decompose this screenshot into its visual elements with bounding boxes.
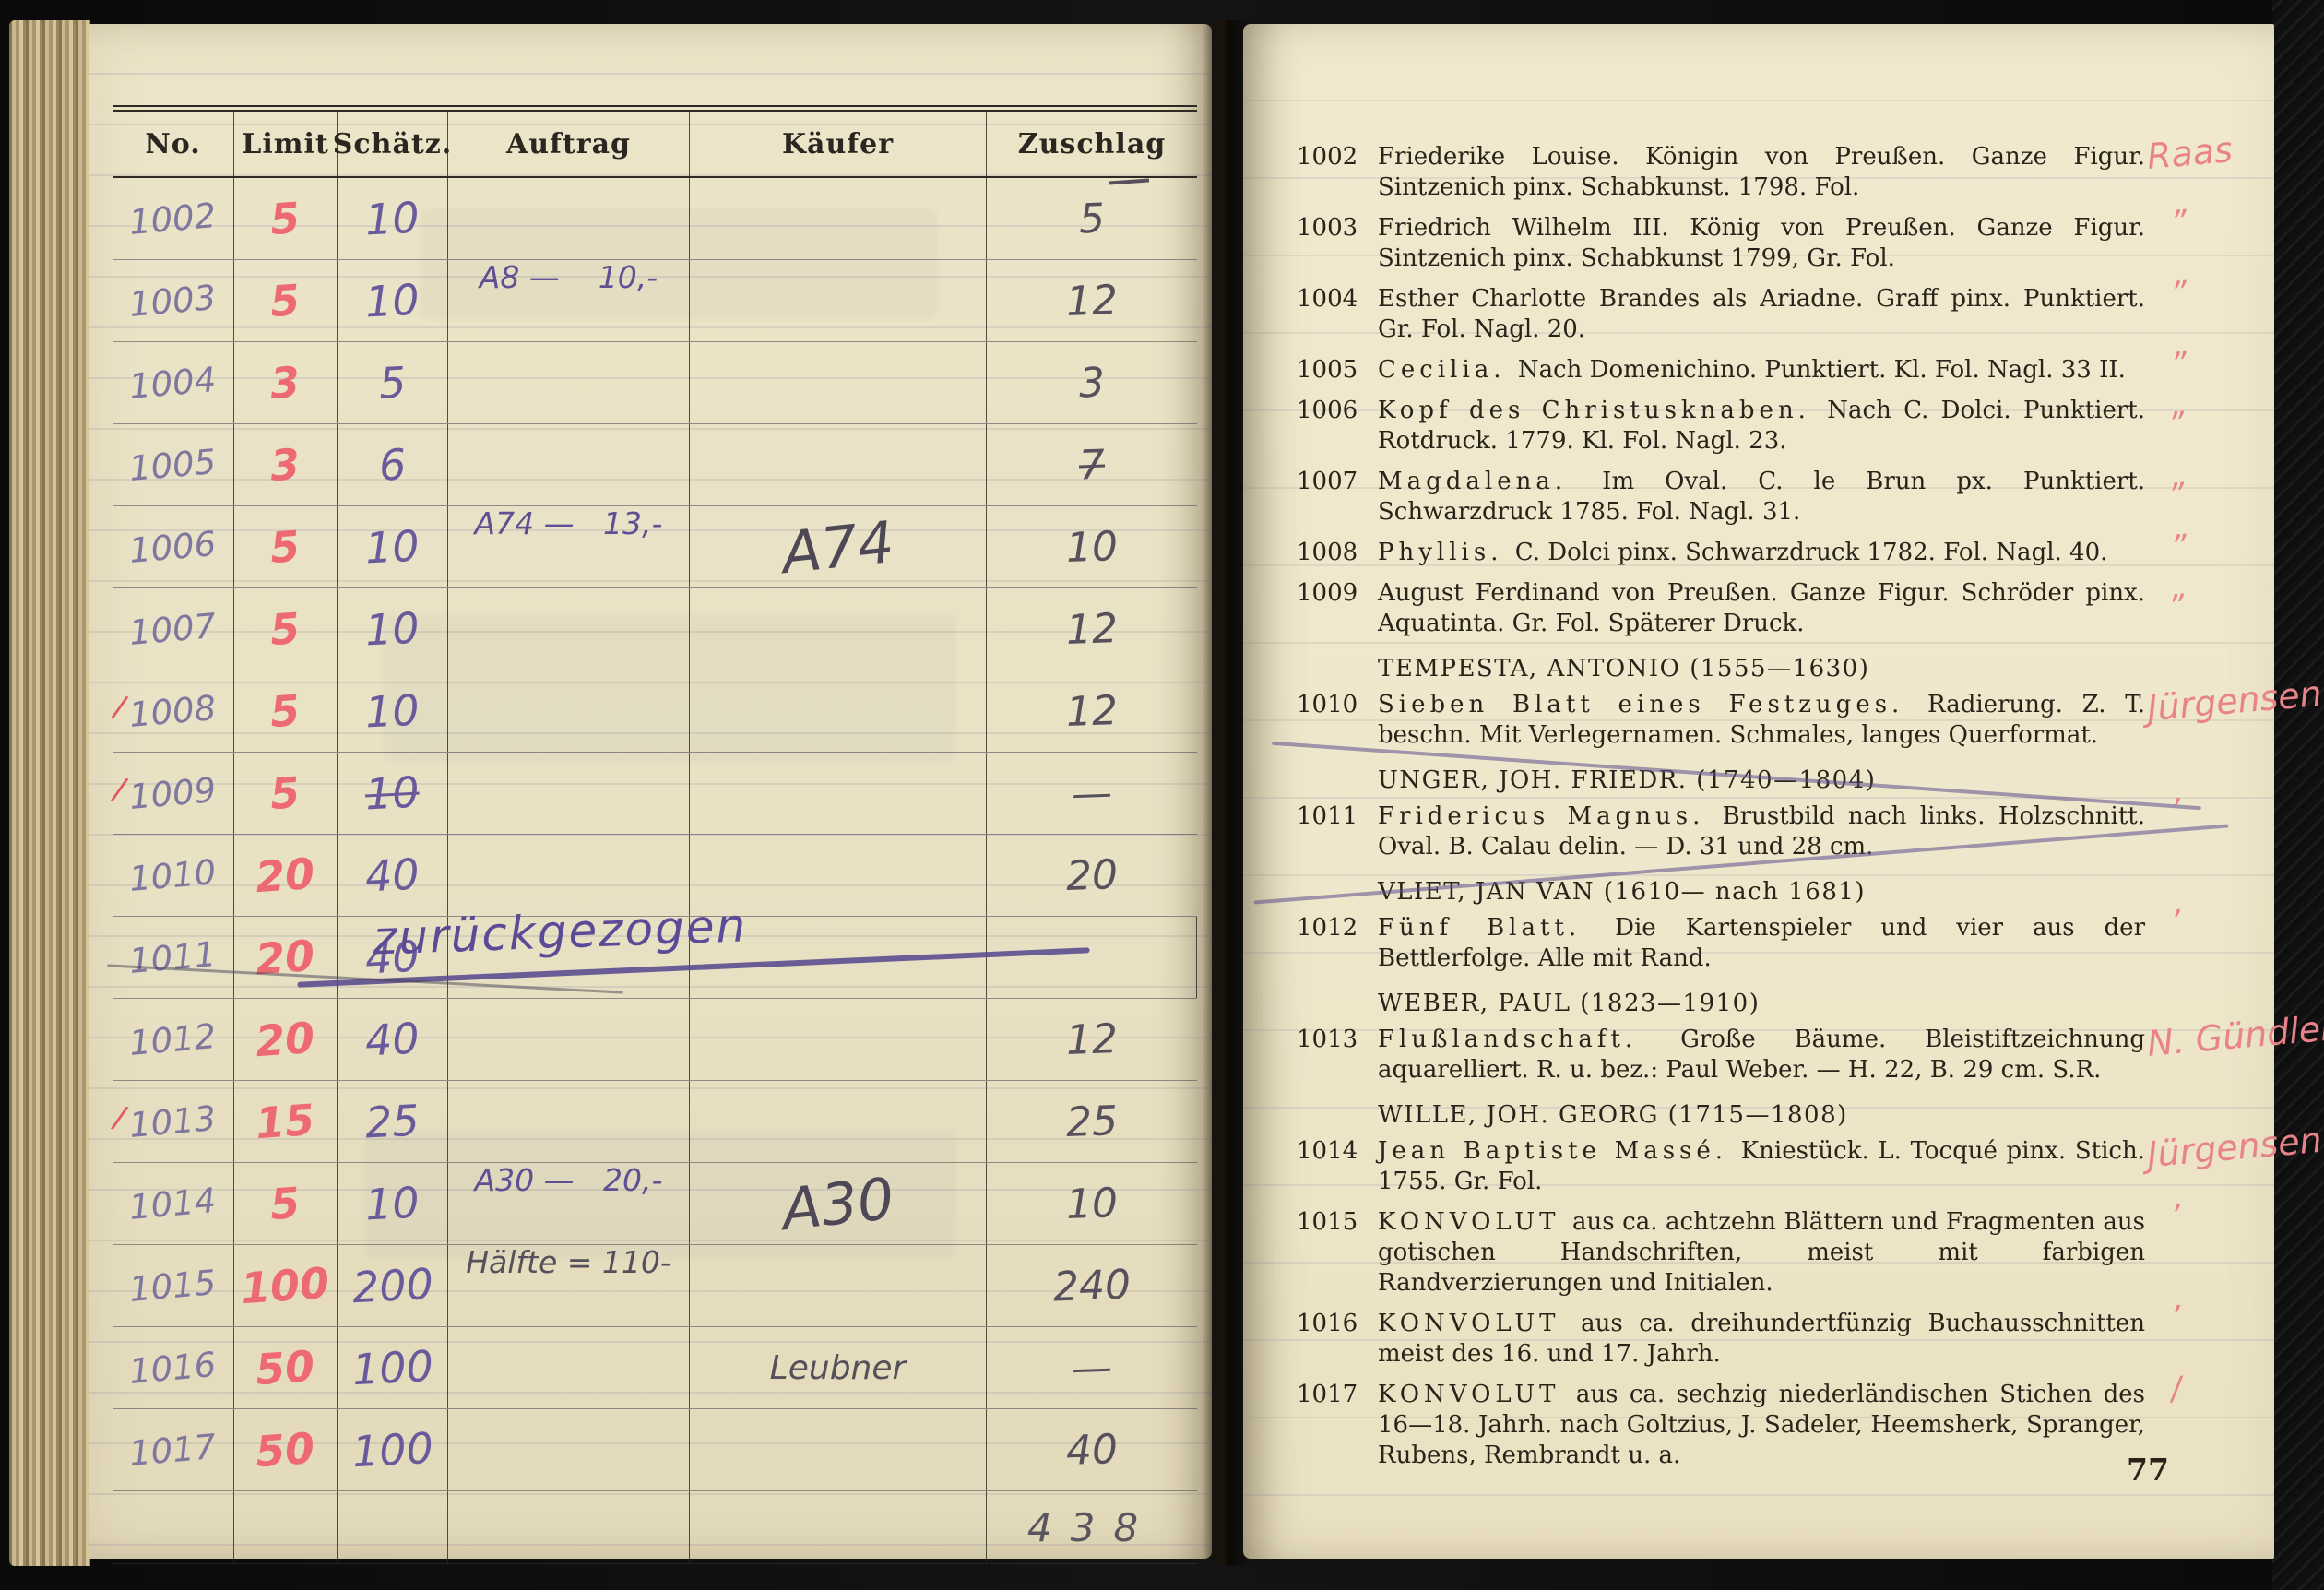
lot-number: 1013 — [128, 1098, 219, 1145]
cell-auftrag — [448, 670, 690, 752]
estimate-value: 6 — [377, 439, 407, 490]
entry-number: 1010 — [1297, 690, 1358, 720]
cell-no: 1017 — [113, 1409, 234, 1490]
entry-title: Flußlandschaft. — [1378, 1026, 1680, 1053]
ledger-row: 1006510A74 — 13,-A7410 — [113, 506, 1197, 588]
margin-annotation: ’ — [2169, 904, 2182, 942]
margin-annotation: ” — [2169, 203, 2188, 241]
cell-no: 1006 — [113, 506, 234, 587]
entry-number: 1009 — [1297, 578, 1358, 609]
cell-zuschlag: 240 — [987, 1245, 1197, 1326]
overbar-stroke — [1109, 178, 1149, 184]
entry-number: 1011 — [1297, 801, 1358, 832]
entry-title: Magdalena. — [1378, 468, 1602, 495]
cell-no: /1013 — [113, 1081, 234, 1162]
entry-number: 1015 — [1297, 1207, 1358, 1238]
cell-auftrag — [448, 424, 690, 505]
catalog-entry: 1005Cecilia. Nach Domenichino. Punktiert… — [1297, 355, 2145, 386]
limit-value: 5 — [269, 767, 302, 819]
ledger-row: 1004353 — [113, 342, 1197, 424]
lot-number: 1012 — [128, 1015, 219, 1062]
hammer-price: 12 — [1065, 277, 1119, 326]
cell-no: 1005 — [113, 424, 234, 505]
artist-header: TEMPESTA, ANTONIO (1555—1630) — [1297, 654, 2145, 684]
cell-limit: 3 — [234, 342, 338, 423]
margin-annotation: ’ — [2169, 792, 2182, 830]
catalog-entry: 1009August Ferdinand von Preußen. Ganze … — [1297, 578, 2145, 639]
cell-limit: 15 — [234, 1081, 338, 1162]
catalog-entry: 1014Jean Baptiste Massé. Kniestück. L. T… — [1297, 1136, 2145, 1197]
cell-limit: 5 — [234, 670, 338, 752]
cell-schaetz: 6 — [338, 424, 448, 505]
cell-kaeufer — [690, 1491, 987, 1563]
entry-number: 1012 — [1297, 913, 1358, 943]
ledger-row: 1005367 — [113, 424, 1197, 506]
lot-number: 1005 — [128, 441, 219, 488]
estimate-value: 25 — [364, 1096, 421, 1148]
margin-annotation: „ — [2169, 386, 2188, 423]
cell-kaeufer — [690, 753, 987, 834]
catalog-entry: 1017KONVOLUT aus ca. sechzig niederländi… — [1297, 1380, 2145, 1471]
cell-no: 1003 — [113, 260, 234, 341]
catalog-entry: 1013Flußlandschaft. Große Bäume. Bleisti… — [1297, 1025, 2145, 1086]
cell-limit: 3 — [234, 424, 338, 505]
cell-auftrag — [448, 1409, 690, 1490]
entry-title: KONVOLUT — [1378, 1381, 1576, 1408]
cell-auftrag: A74 — 13,- — [448, 506, 690, 587]
cell-schaetz: 40 — [338, 999, 448, 1080]
margin-annotation: „ — [2169, 457, 2188, 494]
cell-auftrag — [448, 588, 690, 670]
margin-annotation: ’ — [2169, 1299, 2182, 1337]
limit-value: 15 — [255, 1095, 317, 1148]
cell-limit — [234, 1491, 338, 1563]
bid-order: A74 — 13,- — [475, 505, 663, 541]
cell-limit: 5 — [234, 588, 338, 670]
buyer: Leubner — [770, 1349, 907, 1387]
margin-annotation: ” — [2169, 345, 2188, 383]
column-header-2: Schätz. — [338, 112, 448, 176]
hammer-price: 10 — [1065, 523, 1119, 572]
cell-schaetz: 10 — [338, 588, 448, 670]
cell-kaeufer — [690, 588, 987, 670]
cell-no — [113, 1491, 234, 1563]
cell-kaeufer — [690, 999, 987, 1080]
limit-value: 5 — [269, 603, 302, 655]
estimate-value: 5 — [377, 357, 407, 408]
estimate-value: 10 — [364, 603, 421, 656]
entry-title: KONVOLUT — [1378, 1310, 1581, 1337]
cell-no: 1012 — [113, 999, 234, 1080]
lot-number: 1014 — [128, 1180, 219, 1227]
red-tick-mark: / — [109, 770, 130, 809]
limit-value: 100 — [240, 1258, 332, 1314]
cell-no: 1014 — [113, 1163, 234, 1244]
entry-number: 1008 — [1297, 538, 1358, 568]
ledger-row: /100851012 — [113, 670, 1197, 753]
entry-title: Phyllis. — [1378, 539, 1515, 566]
cell-kaeufer — [690, 670, 987, 752]
cell-kaeufer — [690, 260, 987, 341]
margin-annotation: Raas — [2145, 129, 2234, 177]
bid-order: Hälfte = 110- — [466, 1244, 671, 1280]
cell-zuschlag-total: 438 — [987, 1491, 1197, 1563]
limit-value: 5 — [269, 193, 302, 244]
lot-number: 1003 — [128, 277, 219, 324]
limit-value: 5 — [269, 685, 302, 737]
red-tick-mark: / — [109, 688, 130, 727]
ledger-header-row: No.LimitSchätz.AuftragKäuferZuschlag — [113, 112, 1197, 178]
cell-limit: 50 — [234, 1327, 338, 1408]
limit-value: 5 — [269, 1178, 302, 1229]
entry-body: Nach Domenichino. Punktiert. Kl. Fol. Na… — [1518, 356, 2126, 384]
bid-order: A30 — 20,- — [475, 1162, 663, 1198]
cell-schaetz: 10 — [338, 753, 448, 834]
cell-no: /1009 — [113, 753, 234, 834]
page-stack-edge — [9, 20, 90, 1566]
ledger-row: 10025105 — [113, 178, 1197, 260]
cell-zuschlag: 5 — [987, 178, 1197, 259]
cell-limit: 5 — [234, 753, 338, 834]
cell-no: 1002 — [113, 178, 234, 259]
cell-auftrag — [448, 999, 690, 1080]
column-header-0: No. — [113, 112, 234, 176]
limit-value: 20 — [255, 1013, 317, 1066]
cell-limit: 5 — [234, 178, 338, 259]
catalog-entry: 1016KONVOLUT aus ca. dreihundertfünzig B… — [1297, 1309, 2145, 1370]
catalog-entries: 1002Friederike Louise. Königin von Preuß… — [1297, 142, 2145, 1481]
cell-kaeufer: A74 — [690, 506, 987, 587]
cell-schaetz: 25 — [338, 1081, 448, 1162]
ledger-row: 1014510A30 — 20,-A3010 — [113, 1163, 1197, 1245]
cell-zuschlag: — — [987, 753, 1197, 834]
cell-kaeufer — [690, 1081, 987, 1162]
entry-number: 1017 — [1297, 1380, 1358, 1410]
cell-auftrag — [448, 178, 690, 259]
cell-kaeufer — [690, 424, 987, 505]
entry-number: 1004 — [1297, 284, 1358, 314]
entry-number: 1016 — [1297, 1309, 1358, 1339]
hammer-price: 40 — [1065, 1426, 1119, 1475]
hammer-price: 5 — [1078, 195, 1106, 243]
entry-number: 1002 — [1297, 142, 1358, 172]
cell-kaeufer: A30 — [690, 1163, 987, 1244]
ledger-page: No.LimitSchätz.AuftragKäuferZuschlag 100… — [89, 24, 1212, 1559]
entry-title: Fünf Blatt. — [1378, 914, 1615, 942]
cell-zuschlag: 12 — [987, 588, 1197, 670]
limit-value: 5 — [269, 275, 302, 326]
cell-zuschlag: 12 — [987, 670, 1197, 752]
lot-number: 1007 — [128, 605, 219, 652]
cell-no: 1011 — [113, 917, 234, 998]
cell-schaetz: 40 — [338, 835, 448, 916]
margin-annotation: ” — [2169, 274, 2188, 312]
catalog-entry: 1015KONVOLUT aus ca. achtzehn Blättern u… — [1297, 1207, 2145, 1299]
lot-number: 1002 — [128, 195, 219, 242]
entry-title: Fridericus Magnus. — [1378, 802, 1723, 830]
cell-zuschlag: 12 — [987, 260, 1197, 341]
estimate-value: 40 — [364, 849, 421, 902]
ledger-row: 100751012 — [113, 588, 1197, 670]
hammer-total: 438 — [1027, 1505, 1156, 1550]
cell-zuschlag: 25 — [987, 1081, 1197, 1162]
ledger-row: /1013152525 — [113, 1081, 1197, 1163]
cell-no: /1008 — [113, 670, 234, 752]
entry-title: Friederike Louise. — [1378, 143, 1645, 171]
estimate-value: 10 — [364, 767, 421, 820]
bid-order: A8 — 10,- — [480, 259, 658, 295]
cell-zuschlag: 7 — [987, 424, 1197, 505]
margin-annotation: ” — [2169, 528, 2188, 565]
cell-schaetz: 10 — [338, 1163, 448, 1244]
cell-auftrag: Hälfte = 110- — [448, 1245, 690, 1326]
lot-number: 1016 — [128, 1344, 219, 1391]
entry-title: Friedrich Wilhelm III. — [1378, 214, 1690, 242]
hammer-price: — — [1071, 769, 1113, 818]
estimate-value: 10 — [364, 1178, 421, 1230]
hammer-price: 10 — [1065, 1180, 1119, 1228]
cell-no: 1010 — [113, 835, 234, 916]
artist-header: VLIET, JAN VAN (1610— nach 1681) — [1297, 877, 2145, 908]
column-header-1: Limit — [234, 112, 338, 176]
cell-zuschlag: 10 — [987, 1163, 1197, 1244]
entry-title: KONVOLUT — [1378, 1208, 1572, 1236]
estimate-value: 10 — [364, 275, 421, 327]
entry-number: 1003 — [1297, 213, 1358, 243]
estimate-value: 200 — [350, 1259, 434, 1313]
estimate-value: 100 — [350, 1423, 434, 1477]
entry-title: Jean Baptiste Massé. — [1378, 1137, 1741, 1165]
cell-limit: 20 — [234, 835, 338, 916]
hammer-price: 3 — [1078, 359, 1106, 407]
artist-header: WILLE, JOH. GEORG (1715—1808) — [1297, 1100, 2145, 1131]
cell-schaetz: 5 — [338, 342, 448, 423]
limit-value: 50 — [255, 1423, 317, 1477]
red-tick-mark: / — [109, 1098, 130, 1137]
limit-value: 3 — [269, 357, 302, 409]
catalog-entry: 1002Friederike Louise. Königin von Preuß… — [1297, 142, 2145, 203]
cell-zuschlag: 10 — [987, 506, 1197, 587]
ledger-row: 1003510A8 — 10,-12 — [113, 260, 1197, 342]
cell-auftrag — [448, 1491, 690, 1563]
catalog-entry: 1011Fridericus Magnus. Brustbild nach li… — [1297, 801, 2145, 862]
entry-number: 1013 — [1297, 1025, 1358, 1055]
entry-title: Esther Charlotte Brandes als Ariadne. — [1378, 285, 1876, 313]
cell-limit: 50 — [234, 1409, 338, 1490]
margin-annotation: / — [2169, 1370, 2183, 1408]
lot-number: 1009 — [128, 769, 219, 816]
limit-value: 50 — [255, 1341, 317, 1394]
hammer-price: 12 — [1065, 687, 1119, 736]
catalog-entry: 1008Phyllis. C. Dolci pinx. Schwarzdruck… — [1297, 538, 2145, 568]
cell-limit: 5 — [234, 1163, 338, 1244]
ledger-row: 10112040zurückgezogen — [113, 917, 1197, 999]
lot-number: 1015 — [128, 1262, 219, 1309]
cell-kaeufer: Leubner — [690, 1327, 987, 1408]
cell-kaeufer — [690, 1409, 987, 1490]
lot-number: 1010 — [128, 851, 219, 898]
hammer-price: 7 — [1078, 441, 1106, 489]
entry-number: 1005 — [1297, 355, 1358, 386]
hammer-price: 12 — [1065, 605, 1119, 654]
entry-title: Cecilia. — [1378, 356, 1518, 384]
ledger-row: 10175010040 — [113, 1409, 1197, 1491]
hammer-price: 12 — [1065, 1015, 1119, 1064]
ledger-total-row: 438 — [113, 1491, 1197, 1564]
hammer-price: 20 — [1065, 851, 1119, 900]
cell-limit: 100 — [234, 1245, 338, 1326]
book-cover-edge — [2272, 0, 2324, 1590]
catalog-entry: 1004Esther Charlotte Brandes als Ariadne… — [1297, 284, 2145, 345]
artist-header: UNGER, JOH. FRIEDR. (1740—1804) — [1297, 765, 2145, 796]
lot-number: 1004 — [128, 359, 219, 406]
entry-title: August Ferdinand von Preußen. — [1378, 579, 1790, 607]
cell-kaeufer — [690, 1245, 987, 1326]
cell-no: 1004 — [113, 342, 234, 423]
hammer-price: — — [1071, 1344, 1113, 1393]
limit-value: 5 — [269, 521, 302, 573]
catalog-entry: 1006Kopf des Christusknaben. Nach C. Dol… — [1297, 396, 2145, 457]
cell-kaeufer — [690, 178, 987, 259]
hammer-price: 25 — [1065, 1098, 1119, 1146]
cell-schaetz: 10 — [338, 670, 448, 752]
ledger-row: 101650100Leubner— — [113, 1327, 1197, 1409]
estimate-value: 10 — [364, 521, 421, 574]
cell-limit: 5 — [234, 260, 338, 341]
cell-zuschlag: — — [987, 1327, 1197, 1408]
entry-title: Kopf des Christusknaben. — [1378, 397, 1827, 424]
limit-value: 20 — [255, 848, 317, 902]
catalog-page: 1002Friederike Louise. Königin von Preuß… — [1243, 24, 2274, 1559]
margin-annotation: „ — [2169, 568, 2188, 606]
estimate-value: 10 — [364, 193, 421, 245]
cell-schaetz: 10 — [338, 260, 448, 341]
entry-number: 1006 — [1297, 396, 1358, 426]
cell-limit: 20 — [234, 999, 338, 1080]
cell-zuschlag: 40 — [987, 1409, 1197, 1490]
book-scan: No.LimitSchätz.AuftragKäuferZuschlag 100… — [0, 0, 2324, 1590]
cell-auftrag — [448, 1081, 690, 1162]
cell-auftrag: A8 — 10,- — [448, 260, 690, 341]
hammer-price: 240 — [1052, 1261, 1132, 1311]
cell-auftrag: A30 — 20,- — [448, 1163, 690, 1244]
column-header-3: Auftrag — [448, 112, 690, 176]
estimate-value: 10 — [364, 685, 421, 738]
cell-schaetz — [338, 1491, 448, 1563]
lot-number: 1017 — [128, 1426, 219, 1473]
cell-kaeufer — [690, 342, 987, 423]
cell-zuschlag: 3 — [987, 342, 1197, 423]
column-header-5: Zuschlag — [987, 112, 1197, 176]
cell-limit: 5 — [234, 506, 338, 587]
catalog-entry: 1010Sieben Blatt eines Festzuges. Radier… — [1297, 690, 2145, 751]
cell-schaetz: 10 — [338, 506, 448, 587]
cell-zuschlag: 12 — [987, 999, 1197, 1080]
page-number: 77 — [2127, 1452, 2169, 1488]
estimate-value: 40 — [364, 1014, 421, 1066]
catalog-entry: 1007Magdalena. Im Oval. C. le Brun px. P… — [1297, 467, 2145, 528]
entry-number: 1007 — [1297, 467, 1358, 497]
cell-schaetz: 100 — [338, 1327, 448, 1408]
cell-schaetz: 100 — [338, 1409, 448, 1490]
margin-annotation: ’ — [2169, 1198, 2182, 1236]
artist-header: WEBER, PAUL (1823—1910) — [1297, 989, 2145, 1019]
catalog-entry: 1012Fünf Blatt. Die Kartenspieler und vi… — [1297, 913, 2145, 974]
ledger-row: 1015100200Hälfte = 110-240 — [113, 1245, 1197, 1327]
buyer: A30 — [778, 1164, 896, 1242]
ledger-row: /1009510— — [113, 753, 1197, 835]
ledger-row: 1012204012 — [113, 999, 1197, 1081]
entry-number: 1014 — [1297, 1136, 1358, 1167]
cell-no: 1007 — [113, 588, 234, 670]
limit-value: 3 — [269, 439, 302, 491]
cell-schaetz: 200 — [338, 1245, 448, 1326]
cell-schaetz: 10 — [338, 178, 448, 259]
auction-ledger-table: No.LimitSchätz.AuftragKäuferZuschlag 100… — [113, 105, 1197, 1564]
entry-title: Sieben Blatt eines Festzuges. — [1378, 691, 1927, 718]
cell-auftrag — [448, 1327, 690, 1408]
catalog-entry: 1003Friedrich Wilhelm III. König von Pre… — [1297, 213, 2145, 274]
cell-auftrag — [448, 753, 690, 834]
cell-no: 1015 — [113, 1245, 234, 1326]
cell-no: 1016 — [113, 1327, 234, 1408]
cell-auftrag — [448, 342, 690, 423]
lot-number: 1011 — [128, 933, 219, 980]
lot-number: 1008 — [128, 687, 219, 734]
buyer: A74 — [778, 507, 896, 586]
entry-body: C. Dolci pinx. Schwarzdruck 1782. Fol. N… — [1515, 539, 2108, 566]
estimate-value: 100 — [350, 1341, 434, 1395]
lot-number: 1006 — [128, 523, 219, 570]
column-header-4: Käufer — [690, 112, 987, 176]
